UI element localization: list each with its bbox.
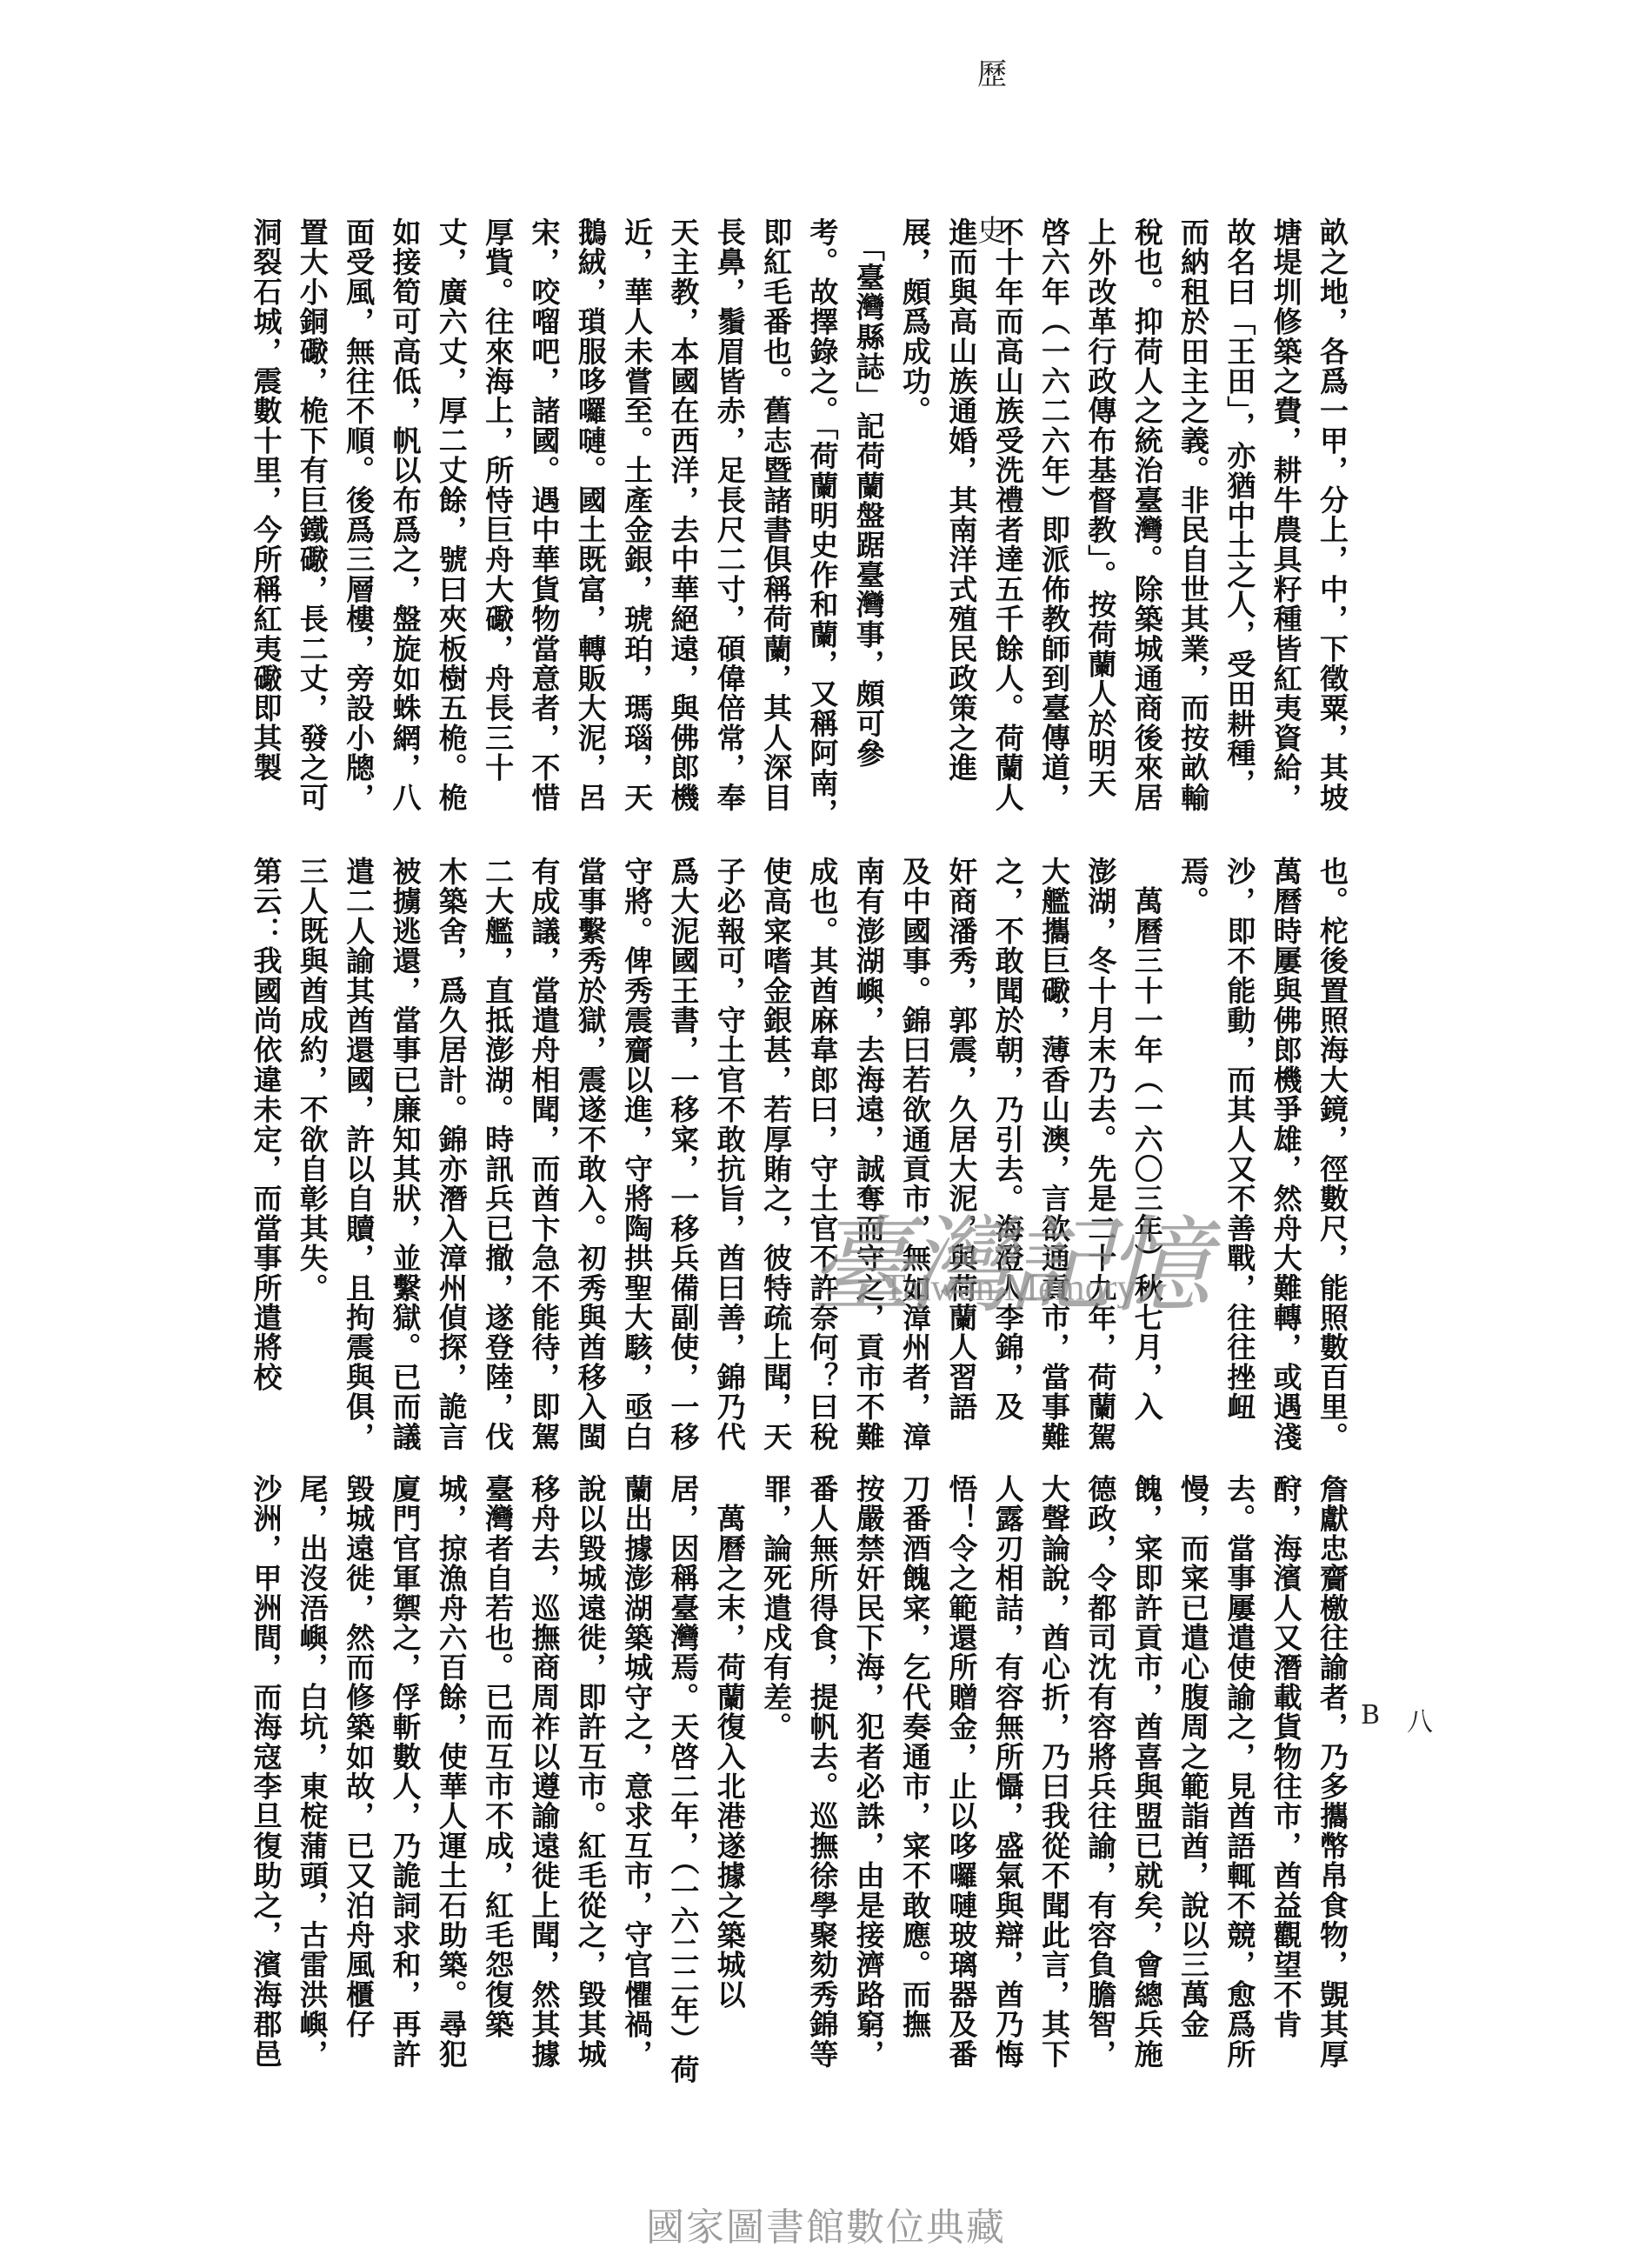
text-column: 畝之地，各爲一甲，分上，中，下徵粟，其坡 — [1310, 217, 1356, 852]
text-column: 有成議，當遣舟相聞，而酋卞急不能待，即駕 — [522, 857, 568, 1465]
text-column: 沙洲，甲洲間，而海寇李旦復助之，濱海郡邑 — [243, 1474, 290, 2091]
text-column: 爲大泥國王書，一移寀，一移兵備副使，一移 — [661, 857, 707, 1465]
text-column: 慢，而寀已遣心腹周之範詣酋，說以三萬金 — [1171, 1474, 1217, 2091]
text-column: 天主教，本國在西洋，去中華絕遠，與佛郎機 — [661, 217, 707, 852]
text-column: 毀城遠徙，然而修築如故，已又泊舟風櫃仔 — [336, 1474, 383, 2091]
text-column: 大聲論說，酋心折，乃曰我從不聞此言，其下 — [1032, 1474, 1078, 2091]
text-column: 長鼻，鬚眉皆赤，足長尺二寸，碩偉倍常，奉 — [707, 217, 753, 852]
text-column: 鵝絨，瑣服哆囉嗹。國土既富，轉販大泥，呂 — [568, 217, 614, 852]
text-column: 置大小銅礮，桅下有巨鐵礮，長二丈，發之可 — [290, 217, 336, 852]
text-column: 按嚴禁奸民下海，犯者必誅，由是接濟路窮， — [846, 1474, 892, 2091]
text-column: 沙，即不能動，而其人又不善戰，往往挫衄 — [1217, 857, 1263, 1465]
text-column: 餽，寀即許貢市，酋喜與盟已就矣，會總兵施 — [1124, 1474, 1170, 2091]
text-column: 近，華人未嘗至。土產金銀，琥珀，瑪瑙，天 — [615, 217, 661, 852]
text-column: 不十年而高山族受洗禮者達五千餘人。荷蘭人 — [985, 217, 1031, 852]
text-column: 如接筍可高低，帆以布爲之，盤旋如蛛網，八 — [383, 217, 429, 852]
text-band-bottom: 詹獻忠齎檄往諭者，乃多攜幣帛食物，覬其厚酧，海濱人又潛載貨物往市，酋益觀望不肯去… — [243, 1474, 1356, 2091]
text-column: 也。柁後置照海大鏡，徑數尺，能照數百里。 — [1310, 857, 1356, 1465]
text-column: 啓六年（一六二六年）即派佈教師到臺傳道， — [1032, 217, 1078, 852]
text-column: 詹獻忠齎檄往諭者，乃多攜幣帛食物，覬其厚 — [1310, 1474, 1356, 2091]
text-column: 去。當事屢遣使諭之，見酋語輒不競，愈爲所 — [1217, 1474, 1263, 2091]
text-column: 番人無所得食，提帆去。巡撫徐學聚劾秀錦等 — [800, 1474, 846, 2091]
text-column: 厚貲。往來海上，所恃巨舟大礮，舟長三十 — [476, 217, 522, 852]
text-column: 南有澎湖嶼，去海遠，誠奪而守之，貢市不難 — [846, 857, 892, 1465]
text-column: 移舟去，巡撫商周祚以遵諭遠徙上聞，然其據 — [522, 1474, 568, 2091]
text-column: 之，不敢聞於朝，乃引去。海澄人李錦，及 — [985, 857, 1031, 1465]
text-column: 被擄逃還，當事已廉知其狀，並繫獄。已而議 — [383, 857, 429, 1465]
text-column: 德政，令都司沈有容將兵往諭，有容負膽智， — [1078, 1474, 1124, 2091]
text-column: 廈門官軍禦之，俘斬數人，乃詭詞求和，再許 — [383, 1474, 429, 2091]
text-column: 使高寀嗜金銀甚，若厚賄之，彼特疏上聞，天 — [754, 857, 800, 1465]
text-column: 木築舍，爲久居計。錦亦潛入漳州偵探，詭言 — [429, 857, 475, 1465]
text-column: 而納租於田主之義。非民自世其業，而按畝輸 — [1171, 217, 1217, 852]
text-column: 澎湖，冬十月末乃去。先是二十九年，荷蘭駕 — [1078, 857, 1124, 1465]
text-column: 當事繫秀於獄，震遂不敢入。初秀與酋移入閩 — [568, 857, 614, 1465]
text-column: 稅也。抑荷人之統治臺灣。除築城通商後來居 — [1124, 217, 1170, 852]
text-column: 蘭出據澎湖築城守之，意求互市，守官懼禍， — [615, 1474, 661, 2091]
text-column: 遣二人諭其酋還國，許以自贖，且拘震與俱， — [336, 857, 383, 1465]
text-column: 居，因稱臺灣焉。天啓二年，（一六二二年）荷 — [661, 1474, 707, 2091]
text-column: 考。故擇錄之。「荷蘭明史作和蘭，又稱阿南， — [800, 217, 846, 852]
text-column: 焉。 — [1171, 857, 1217, 1465]
text-column: 子必報可，守土官不敢抗旨，酋曰善，錦乃代 — [707, 857, 753, 1465]
text-band-middle: 也。柁後置照海大鏡，徑數尺，能照數百里。萬曆時屢與佛郎機爭雄，然舟大難轉，或遇淺… — [243, 857, 1356, 1465]
text-column: 奸商潘秀，郭震，久居大泥，與荷蘭人習語 — [939, 857, 985, 1465]
text-column: 展，頗爲成功。 — [893, 217, 939, 852]
text-column: 刀番酒餽寀，乞代奏通市，寀不敢應。而撫 — [893, 1474, 939, 2091]
running-header-char-1: 歷 — [977, 50, 1007, 93]
text-column: 「臺灣縣誌」記荷蘭盤踞臺灣事，頗可參 — [846, 217, 892, 852]
text-column: 尾，出沒浯嶼，白坑，東椗蒲頭，古雷洪嶼， — [290, 1474, 336, 2091]
page-number: 八 — [1407, 1700, 1433, 1738]
text-column: 萬曆之末，荷蘭復入北港遂據之築城以 — [707, 1474, 753, 2091]
text-column: 進而與高山族通婚，其南洋式殖民政策之進 — [939, 217, 985, 852]
text-column: 塘堤圳修築之費，耕牛農具籽種皆紅夷資給， — [1263, 217, 1309, 852]
text-column: 萬曆時屢與佛郎機爭雄，然舟大難轉，或遇淺 — [1263, 857, 1309, 1465]
text-column: 及中國事。錦曰若欲通貢市，無如漳州者，漳 — [893, 857, 939, 1465]
text-column: 罪，論死遣戍有差。 — [754, 1474, 800, 2091]
text-band-top: 畝之地，各爲一甲，分上，中，下徵粟，其坡塘堤圳修築之費，耕牛農具籽種皆紅夷資給，… — [243, 217, 1356, 852]
text-column: 三人既與酋成約，不欲自彰其失。 — [290, 857, 336, 1465]
text-column: 萬曆三十一年（一六〇三年）秋七月，入 — [1124, 857, 1170, 1465]
text-column: 二大艦，直抵澎湖。時訊兵已撤，遂登陸，伐 — [476, 857, 522, 1465]
text-column: 悟！令之範還所贈金，止以哆囉嗹玻璃器及番 — [939, 1474, 985, 2091]
text-column: 第云：我國尚依違未定，而當事所遣將校 — [243, 857, 290, 1465]
text-column: 上外改革行政傳布基督教」。按荷蘭人於明天 — [1078, 217, 1124, 852]
archive-footer: 國家圖書館數位典藏 — [0, 2196, 1652, 2251]
text-column: 故名曰「王田」，亦猶中土之人，受田耕種， — [1217, 217, 1263, 852]
text-column: 說以毀城遠徙，即許互市。紅毛從之，毀其城 — [568, 1474, 614, 2091]
scanned-page: 歷 史 B 八 畝之地，各爲一甲，分上，中，下徵粟，其坡塘堤圳修築之費，耕牛農具… — [0, 0, 1652, 2261]
text-column: 宋，咬𠺕吧，諸國。遇中華貨物當意者，不惜 — [522, 217, 568, 852]
text-column: 城，掠漁舟六百餘，使華人運土石助築。尋犯 — [429, 1474, 475, 2091]
text-column: 丈，廣六丈，厚二丈餘，號曰夾板樹五桅。桅 — [429, 217, 475, 852]
text-column: 成也。其酋麻韋郎曰，守土官不許奈何？曰稅 — [800, 857, 846, 1465]
text-column: 人露刃相詰，有容無所懾，盛氣與辯，酋乃悔 — [985, 1474, 1031, 2091]
page-section-marker: B — [1361, 1700, 1380, 1731]
text-column: 守將。俾秀震齎以進，守將陶拱聖大駭，亟白 — [615, 857, 661, 1465]
text-column: 即紅毛番也。舊志暨諸書俱稱荷蘭，其人深目 — [754, 217, 800, 852]
text-column: 酧，海濱人又潛載貨物往市，酋益觀望不肯 — [1263, 1474, 1309, 2091]
text-column: 大艦攜巨礮，薄香山澳，言欲通貢市，當事難 — [1032, 857, 1078, 1465]
text-column: 洞裂石城，震數十里，今所稱紅夷礮即其製 — [243, 217, 290, 852]
text-column: 面受風，無往不順。後爲三層樓，旁設小牕， — [336, 217, 383, 852]
text-column: 臺灣者自若也。已而互市不成，紅毛怨復築 — [476, 1474, 522, 2091]
